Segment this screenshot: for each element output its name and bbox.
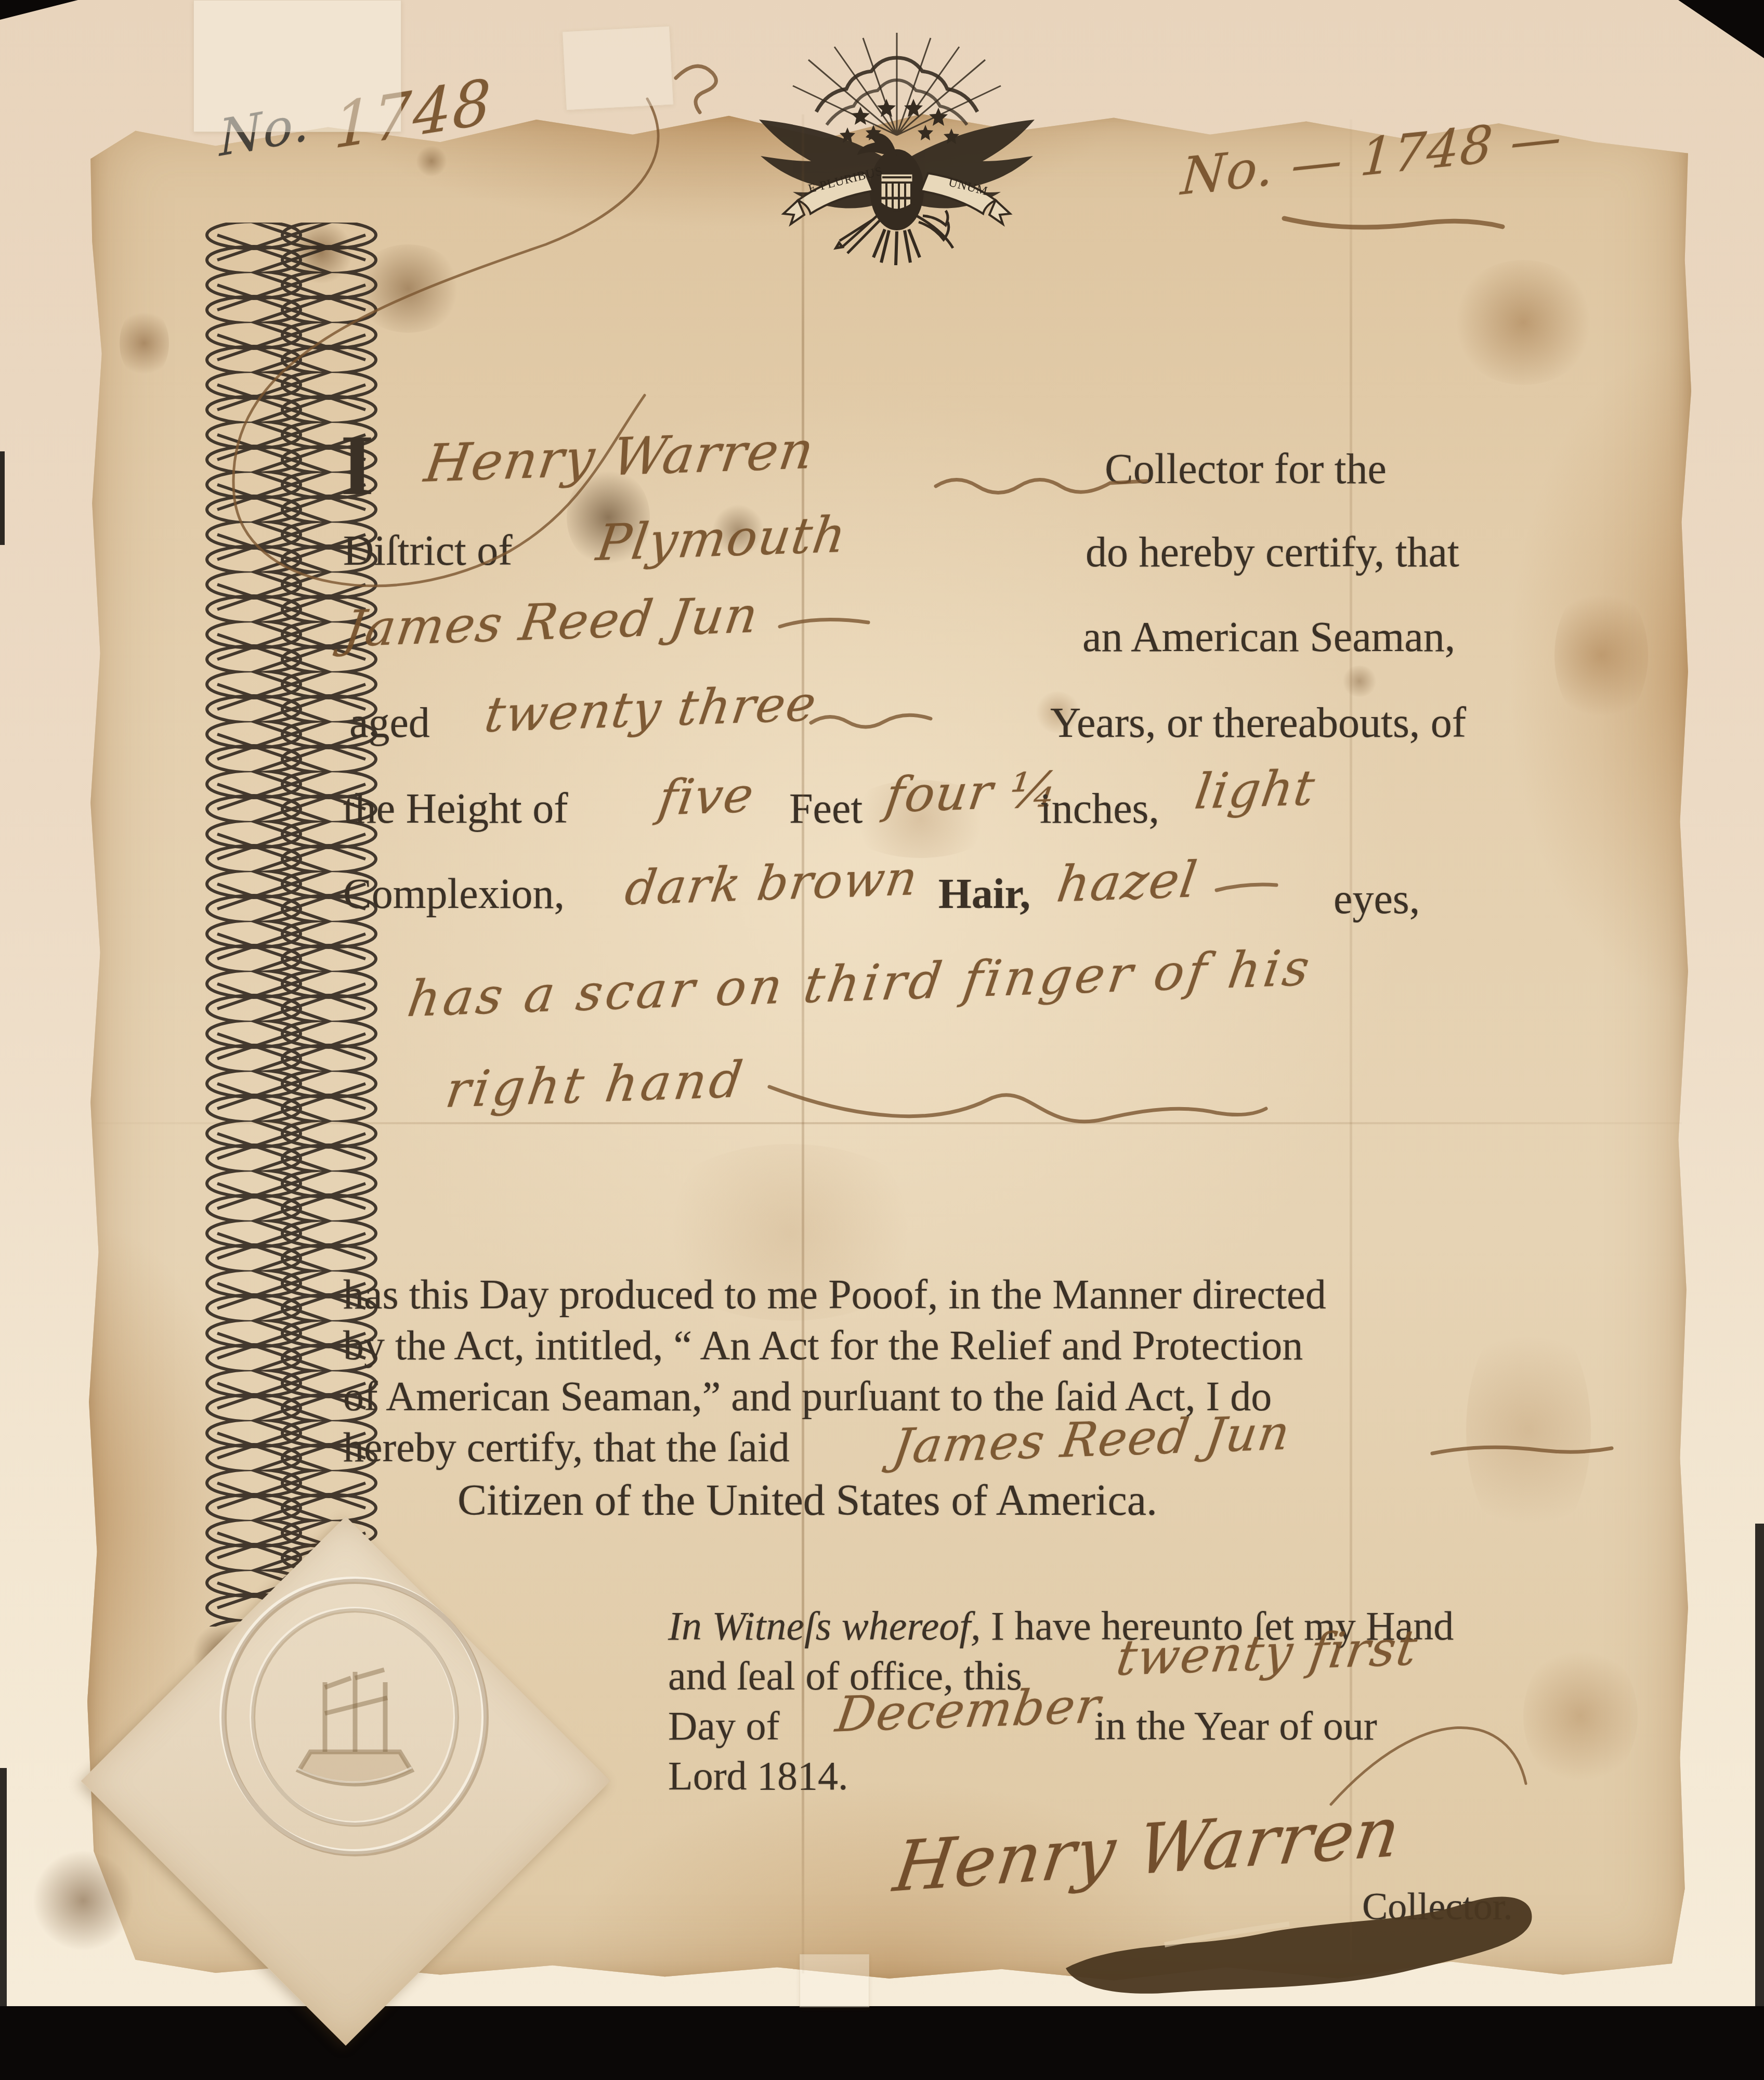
photo-edge-left (0, 1768, 7, 2006)
printed-the-height-of: the Height of (343, 784, 568, 833)
printed-hair: Hair, (938, 869, 1030, 918)
age-value-handwritten: twenty three (481, 675, 821, 744)
drop-cap-i: I (341, 416, 374, 515)
paragraph-citizen-line: Citizen of the United States of America. (458, 1475, 1157, 1526)
eagle-emblem: E PLURIBUS UNUM (715, 29, 1079, 304)
tape-remnant-bottom (800, 1954, 869, 2007)
district-value-handwritten: Plymouth (593, 505, 851, 573)
printed-collector-title: Collector. (1362, 1885, 1513, 1929)
photo-edge-right (1755, 1524, 1764, 2006)
eyes-value-handwritten: hazel (1053, 850, 1201, 913)
height-feet-handwritten: five (655, 767, 758, 827)
printed-do-hereby-certify: do hereby certify, that (1086, 528, 1459, 577)
complexion-value-handwritten: light (1192, 760, 1319, 821)
paragraph-line1: has this Day produced to me Pooof, in th… (343, 1271, 1326, 1319)
hair-value-handwritten: dark brown (622, 850, 922, 916)
printed-eyes: eyes, (1334, 875, 1420, 924)
witness-line1-italic: In Witneſs whereof, (668, 1603, 981, 1648)
witness-day-value-handwritten: twenty first (1113, 1620, 1422, 1687)
printed-feet: Feet (789, 784, 863, 833)
photo-edge-left-mark (0, 451, 5, 545)
printed-district-of: Diſtrict of (343, 526, 513, 575)
printed-years-or-thereabouts: Years, or thereabouts, of (1050, 698, 1466, 747)
witness-line4: Lord 1814. (668, 1752, 848, 1799)
witness-line3-rest: in the Year of our (1094, 1702, 1377, 1749)
printed-collector-for-the: Collector for the (1105, 445, 1387, 493)
tape-remnant-top-center (562, 26, 674, 111)
paragraph-line2: by the Act, intitled, “ An Act for the R… (343, 1322, 1303, 1370)
printed-an-american-seaman: an American Seaman, (1082, 613, 1455, 661)
tape-remnant-top-left (193, 0, 401, 132)
witness-line3-label: Day of (668, 1702, 779, 1749)
printed-aged: aged (349, 698, 430, 747)
paragraph-line4: hereby certify, that the ſaid (343, 1424, 790, 1472)
marks-line2-handwritten: right hand (442, 1050, 749, 1119)
printed-complexion: Complexion, (343, 869, 565, 918)
horizontal-fold (96, 1122, 1682, 1124)
height-inches-handwritten: four ¼ (882, 761, 1062, 824)
photograph-of-seamans-protection-certificate: E PLURIBUS UNUM No. 1748 No. — 1748 — I … (0, 0, 1764, 2080)
vertical-fold-center (802, 114, 804, 1973)
printed-inches: inches, (1040, 784, 1159, 833)
witness-month-handwritten: December (832, 1678, 1104, 1744)
vertical-fold-right (1350, 120, 1352, 1960)
